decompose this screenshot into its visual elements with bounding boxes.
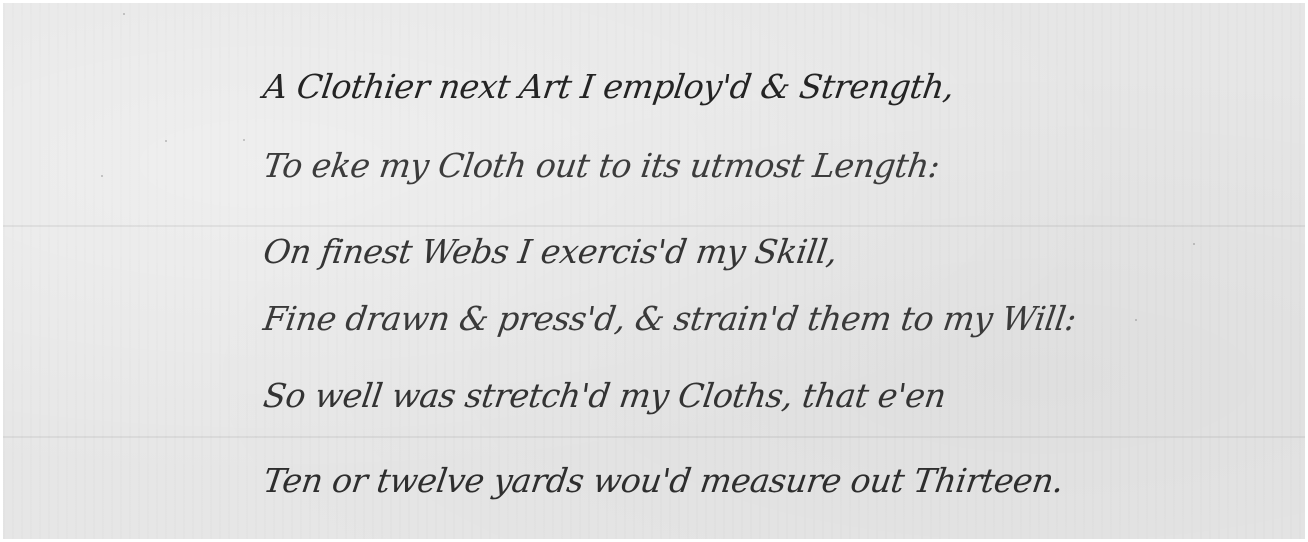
paper-speck bbox=[243, 139, 245, 141]
verse-line-2: To eke my Cloth out to its utmost Length… bbox=[261, 146, 942, 185]
verse-line-5: So well was stretch'd my Cloths, that e'… bbox=[261, 376, 948, 415]
paper-speck bbox=[123, 13, 125, 15]
verse-line-1: A Clothier next Art I employ'd & Strengt… bbox=[261, 67, 956, 106]
verse-line-4: Fine drawn & press'd, & strain'd them to… bbox=[261, 299, 1079, 338]
verse-line-3: On finest Webs I exercis'd my Skill, bbox=[261, 232, 840, 271]
manuscript-page: A Clothier next Art I employ'd & Strengt… bbox=[3, 3, 1305, 539]
paper-speck bbox=[165, 140, 167, 142]
verse-stanza: A Clothier next Art I employ'd & Strengt… bbox=[261, 3, 1161, 539]
verse-line-6: Ten or twelve yards wou'd measure out Th… bbox=[261, 461, 1066, 500]
paper-speck bbox=[101, 175, 103, 177]
paper-speck bbox=[1193, 243, 1195, 245]
